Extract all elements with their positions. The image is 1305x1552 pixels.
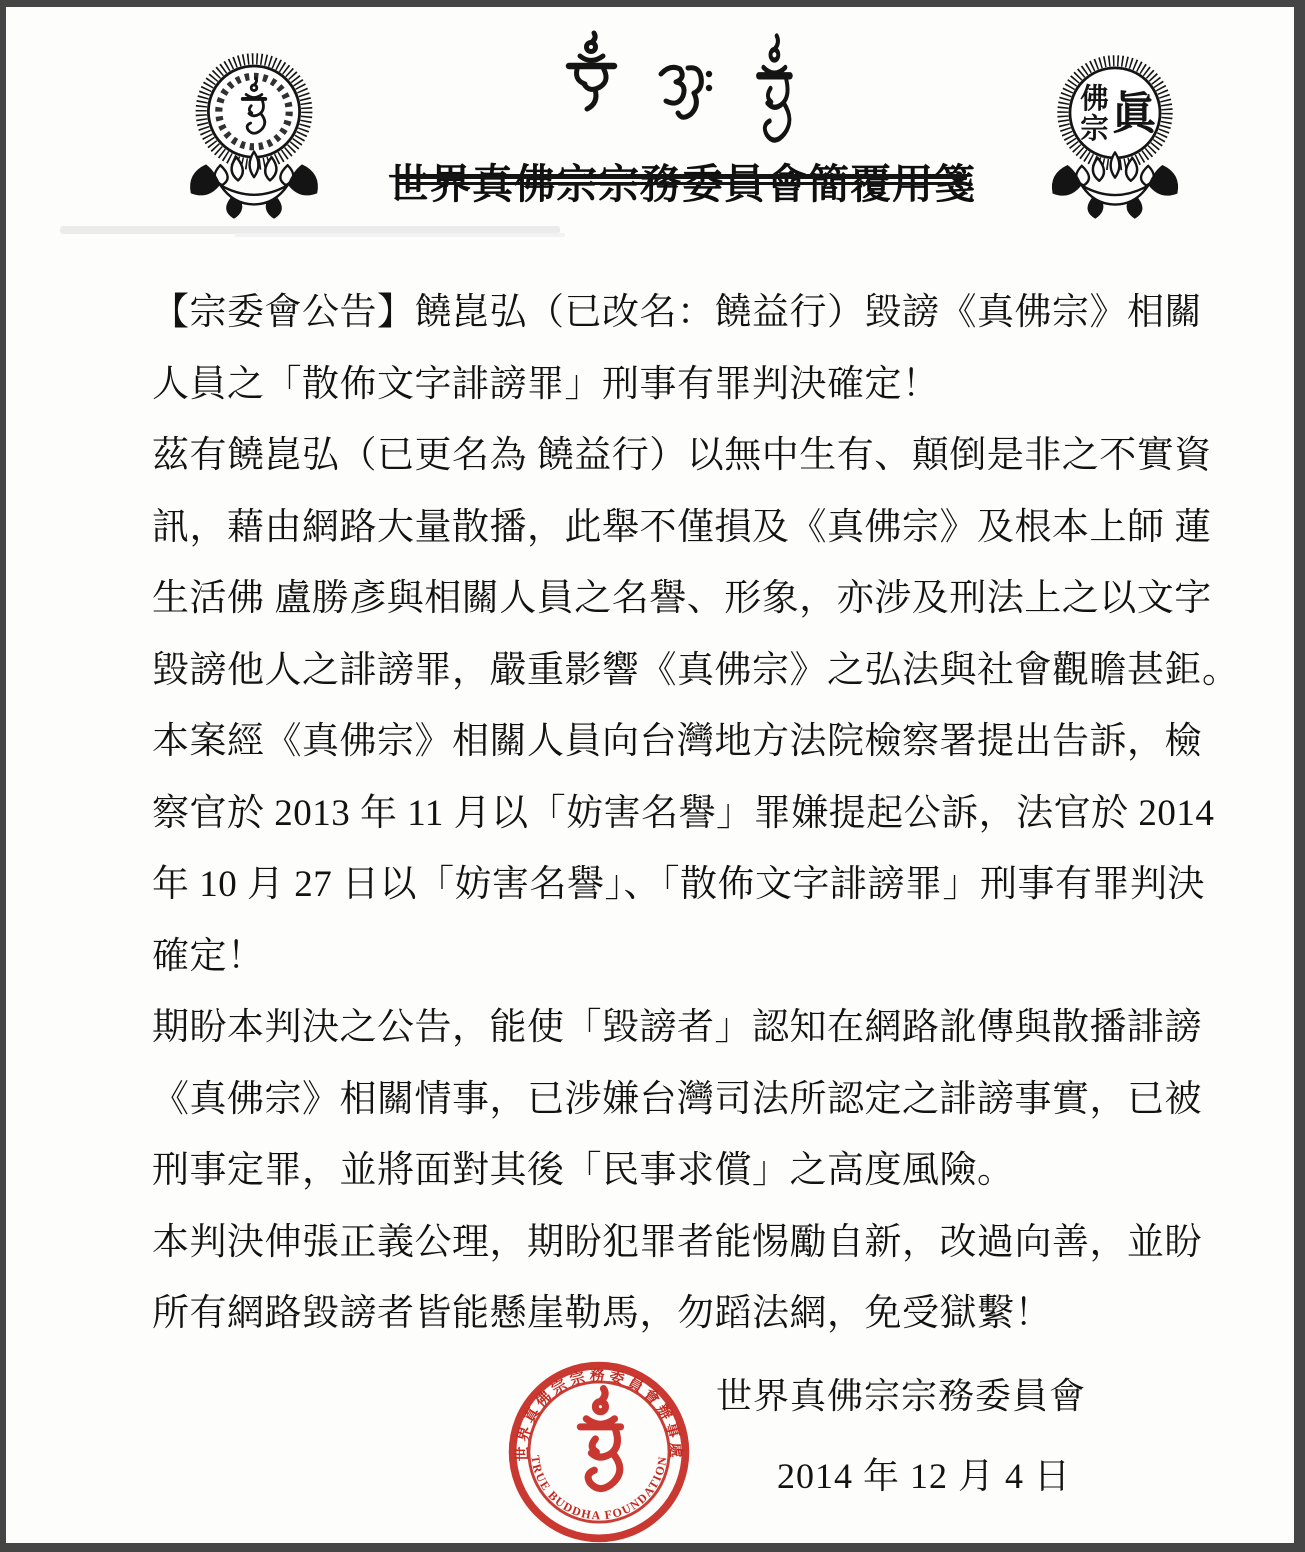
body-line: 茲有饒崑弘（已更名為 饒益行）以無中生有、顛倒是非之不實資 (152, 420, 1156, 492)
tibetan-om-icon (569, 33, 614, 109)
left-lotus-seal-emblem (173, 46, 335, 222)
scan-artifact (235, 233, 565, 237)
header-mantra-om-ah-hum (553, 26, 815, 166)
body-line: 察官於 2013 年 11 月以「妨害名譽」罪嫌提起公訴，法官於 2014 (152, 778, 1156, 850)
true-buddha-foundation-red-stamp: 世界真佛宗宗務委員會辦事處 TRUE BUDDHA FOUNDATION (503, 1356, 695, 1548)
signature-organization: 世界真佛宗宗務委員會 (716, 1368, 1086, 1419)
body-line: 年 10 月 27 日以「妨害名譽」、「散佈文字誹謗罪」刑事有罪判決 (152, 849, 1156, 921)
body-line: 所有網路毀謗者皆能懸崖勒馬，勿蹈法網，免受獄繫！ (152, 1278, 1156, 1350)
scanned-announcement-page: 眞 佛 宗 世界真佛宗宗務委員會簡覆用箋 【宗委會公告】饒崑弘（已改名：饒益行）… (0, 0, 1305, 1552)
body-line: 刑事定罪，並將面對其後「民事求償」之高度風險。 (152, 1135, 1156, 1207)
right-lotus-seal-emblem: 眞 佛 宗 (1036, 44, 1194, 226)
tibetan-hum-icon (759, 36, 790, 140)
char-fo: 佛 (1080, 83, 1109, 115)
tibetan-ah-icon (661, 67, 712, 117)
body-line: 期盼本判決之公告，能使「毀謗者」認知在網路訛傳與散播誹謗 (152, 992, 1156, 1064)
body-line: 人員之「散佈文字誹謗罪」刑事有罪判決確定！ (152, 349, 1156, 421)
title-double-rule (397, 174, 967, 185)
lotus-base-icon (190, 152, 318, 219)
char-zhen: 眞 (1112, 90, 1159, 139)
tibetan-hum-icon (580, 1389, 620, 1489)
body-line: 訊，藉由網路大量散播，此舉不僅損及《真佛宗》及根本上師 蓮 (152, 492, 1156, 564)
announcement-body: 【宗委會公告】饒崑弘（已改名：饒益行）毀謗《真佛宗》相關 人員之「散佈文字誹謗罪… (152, 277, 1156, 1350)
body-line: 生活佛 盧勝彥與相關人員之名譽、形象，亦涉及刑法上之以文字 (152, 563, 1156, 635)
body-line: 《真佛宗》相關情事，已涉嫌台灣司法所認定之誹謗事實，已被 (152, 1064, 1156, 1136)
char-zong: 宗 (1080, 113, 1108, 145)
body-line: 本判決伸張正義公理，期盼犯罪者能惕勵自新，改過向善，並盼 (152, 1207, 1156, 1279)
body-line: 本案經《真佛宗》相關人員向台灣地方法院檢察署提出告訴，檢 (152, 706, 1156, 778)
body-line: 【宗委會公告】饒崑弘（已改名：饒益行）毀謗《真佛宗》相關 (152, 277, 1156, 349)
signature-date: 2014 年 12 月 4 日 (777, 1448, 1071, 1499)
body-line: 確定！ (152, 921, 1156, 993)
school-name-characters: 眞 佛 宗 (1080, 83, 1159, 145)
body-line: 毀謗他人之誹謗罪，嚴重影響《真佛宗》之弘法與社會觀瞻甚鉅。 (152, 635, 1156, 707)
lotus-base-icon (1052, 152, 1178, 218)
